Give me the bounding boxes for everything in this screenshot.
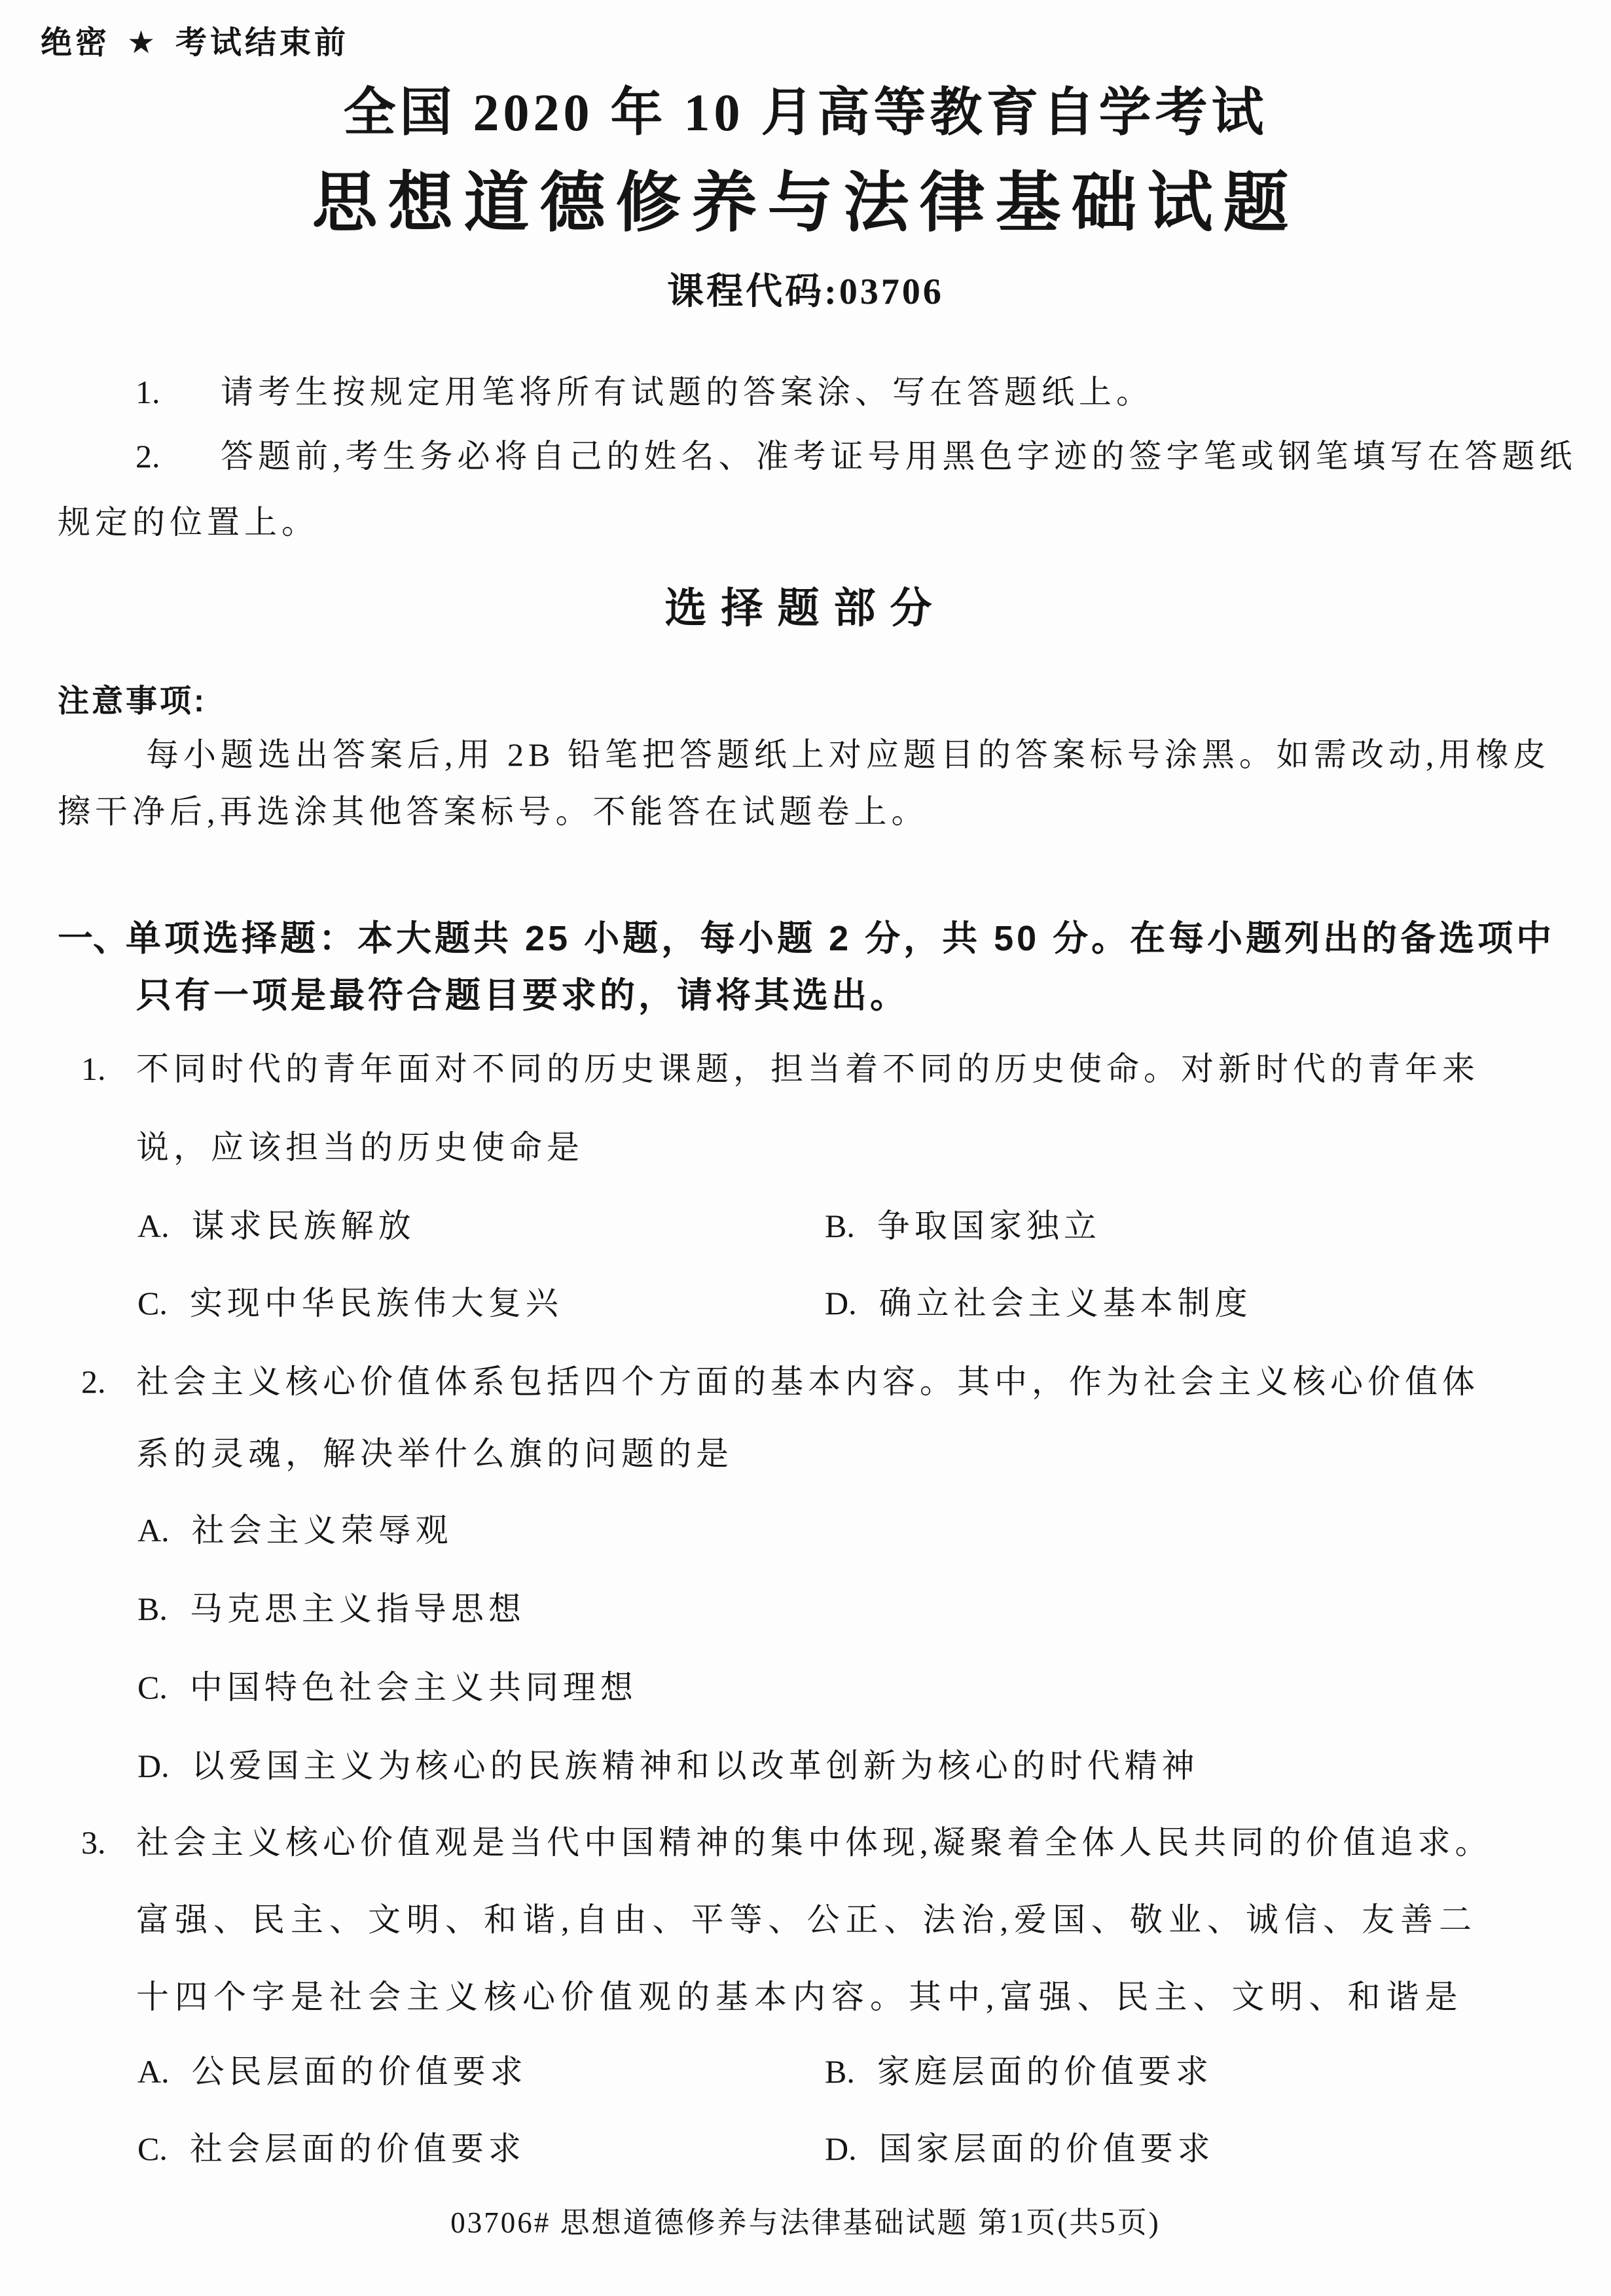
notice-line2: 擦干净后,再选涂其他答案标号。不能答在试题卷上。 [58, 795, 929, 828]
page-footer: 03706# 思想道德修养与法律基础试题 第1页(共5页) [0, 2208, 1611, 2238]
question-2-line1: 2.社会主义核心价值体系包括四个方面的基本内容。其中，作为社会主义核心价值体 [81, 1365, 1479, 1398]
instruction-1-text: 请考生按规定用笔将所有试题的答案涂、写在答题纸上。 [221, 374, 1153, 410]
question-2-option-d: D.以爱国主义为核心的民族精神和以改革创新为核心的时代精神 [137, 1749, 1199, 1782]
question-1-option-d: D.确立社会主义基本制度 [825, 1287, 1252, 1319]
exam-paper-page: 绝密★考试结束前 全国 2020 年 10 月高等教育自学考试 思想道德修养与法… [0, 0, 1611, 2296]
part1-header-text: 单项选择题：本大题共 25 小题，每小题 2 分，共 50 分。在每小题列出的备… [126, 919, 1555, 958]
question-3-option-c: C.社会层面的价值要求 [137, 2132, 526, 2165]
star-icon: ★ [110, 26, 175, 60]
question-2-number: 2. [81, 1365, 136, 1398]
question-3-option-d: D.国家层面的价值要求 [825, 2132, 1215, 2165]
notice-line1: 每小题选出答案后,用 2B 铅笔把答题纸上对应题目的答案标号涂黑。如需改动,用橡… [146, 738, 1550, 771]
notice-title: 注意事项: [58, 686, 207, 717]
instruction-2-number: 2. [136, 440, 221, 473]
instruction-1: 1.请考生按规定用笔将所有试题的答案涂、写在答题纸上。 [136, 376, 1153, 408]
question-2-text: 社会主义核心价值体系包括四个方面的基本内容。其中，作为社会主义核心价值体 [136, 1363, 1479, 1400]
question-1-line2: 说，应该担当的历史使命是 [136, 1131, 584, 1164]
question-3-line1: 3.社会主义核心价值观是当代中国精神的集中体现,凝聚着全体人民共同的价值追求。 [81, 1826, 1493, 1859]
question-1-text: 不同时代的青年面对不同的历史课题，担当着不同的历史使命。对新时代的青年来 [136, 1050, 1479, 1087]
question-1-option-a: A.谋求民族解放 [137, 1210, 416, 1242]
part1-header-line1: 一、单项选择题：本大题共 25 小题，每小题 2 分，共 50 分。在每小题列出… [58, 921, 1555, 956]
question-3-line3: 十四个字是社会主义核心价值观的基本内容。其中,富强、民主、文明、和谐是 [136, 1981, 1464, 2013]
question-1-option-b: B.争取国家独立 [825, 1210, 1101, 1242]
instruction-2-text: 答题前,考生务必将自己的姓名、准考证号用黑色字迹的签字笔或钢笔填写在答题纸 [221, 438, 1577, 475]
choice-section-heading: 选择题部分 [0, 587, 1611, 629]
question-3-line2: 富强、民主、文明、和谐,自由、平等、公正、法治,爱国、敬业、诚信、友善二 [136, 1903, 1477, 1936]
instruction-2-line1: 2.答题前,考生务必将自己的姓名、准考证号用黑色字迹的签字笔或钢笔填写在答题纸 [136, 440, 1577, 473]
part1-number: 一、 [58, 921, 126, 956]
question-3-number: 3. [81, 1826, 136, 1859]
instruction-1-number: 1. [136, 376, 221, 408]
question-3-option-a: A.公民层面的价值要求 [137, 2055, 528, 2088]
classification-label: 绝密 [41, 26, 110, 60]
part1-header-line2: 只有一项是最符合题目要求的，请将其选出。 [136, 978, 909, 1013]
security-header: 绝密★考试结束前 [41, 27, 349, 59]
question-1-number: 1. [81, 1052, 136, 1085]
timing-label: 考试结束前 [175, 26, 349, 60]
instruction-2-line2: 规定的位置上。 [58, 506, 319, 539]
question-1-line1: 1.不同时代的青年面对不同的历史课题，担当着不同的历史使命。对新时代的青年来 [81, 1052, 1479, 1085]
question-2-option-a: A.社会主义荣辱观 [137, 1514, 453, 1547]
paper-title: 思想道德修养与法律基础试题 [0, 170, 1611, 236]
question-2-line2: 系的灵魂，解决举什么旗的问题的是 [136, 1437, 733, 1470]
question-3-option-b: B.家庭层面的价值要求 [825, 2055, 1213, 2088]
exam-session-title: 全国 2020 年 10 月高等教育自学考试 [0, 87, 1611, 139]
question-1-option-c: C.实现中华民族伟大复兴 [137, 1287, 563, 1319]
course-code: 课程代码:03706 [0, 274, 1611, 310]
question-3-text: 社会主义核心价值观是当代中国精神的集中体现,凝聚着全体人民共同的价值追求。 [136, 1824, 1493, 1861]
question-2-option-c: C.中国特色社会主义共同理想 [137, 1671, 638, 1704]
question-2-option-b: B.马克思主义指导思想 [137, 1592, 526, 1625]
